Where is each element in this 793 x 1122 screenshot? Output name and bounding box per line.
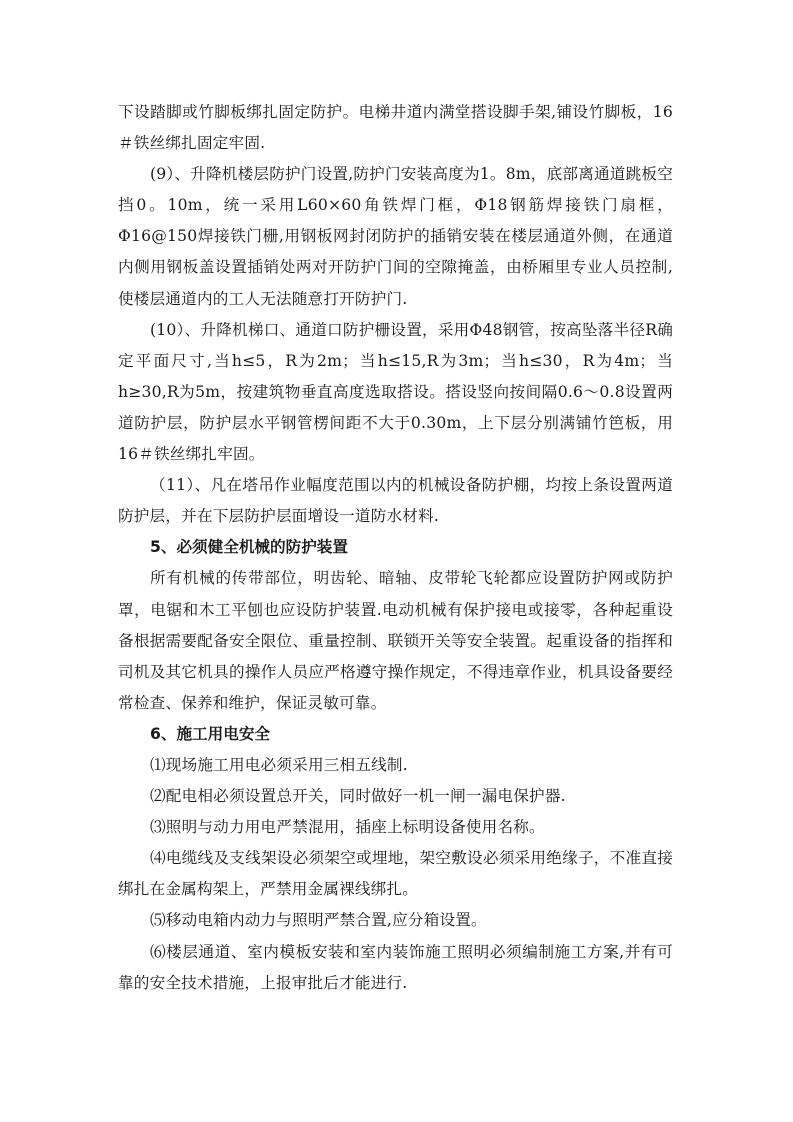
list-item-electric-4: ⑷电缆线及支线架设必须架空或埋地，架空敷设必须采用绝缘子，不准直接绑扎在金属构架… [118,843,673,905]
list-item-electric-2: ⑵配电相必须设置总开关，同时做好一机一闸一漏电保护器. [118,781,673,812]
paragraph-item-11-crane-range: （11）、凡在塔吊作业幅度范围以内的机械设备防护棚，均按上条设置两道防护层，并在… [118,470,673,532]
list-item-electric-3: ⑶照明与动力用电严禁混用，插座上标明设备使用名称。 [118,812,673,843]
paragraph-machine-protection: 所有机械的传带部位，明齿轮、暗轴、皮带轮飞轮都应设置防护网或防护罩，电锯和木工平… [118,563,673,718]
section-heading-5: 5、必须健全机械的防护装置 [118,532,673,563]
section-heading-6: 6、施工用电安全 [118,719,673,750]
paragraph-elevator-shaft-scaffold: 下设踏脚或竹脚板绑扎固定防护。电梯井道内满堂搭设脚手架,铺设竹脚板，16＃铁丝绑… [118,97,673,159]
document-page: 下设踏脚或竹脚板绑扎固定防护。电梯井道内满堂搭设脚手架,铺设竹脚板，16＃铁丝绑… [118,97,673,999]
list-item-electric-5: ⑸移动电箱内动力与照明严禁合置,应分箱设置。 [118,905,673,936]
paragraph-item-9-protective-door: (9）、升降机楼层防护门设置,防护门安装高度为1。8m，底部离通道跳板空挡0。1… [118,159,673,314]
list-item-electric-6: ⑹楼层通道、室内模板安装和室内装饰施工照明必须编制施工方案,并有可靠的安全技术措… [118,937,673,999]
list-item-electric-1: ⑴现场施工用电必须采用三相五线制. [118,750,673,781]
paragraph-item-10-protective-shed: (10）、升降机梯口、通道口防护栅设置，采用Φ48钢管，按高坠落半径R确定平面尺… [118,315,673,470]
